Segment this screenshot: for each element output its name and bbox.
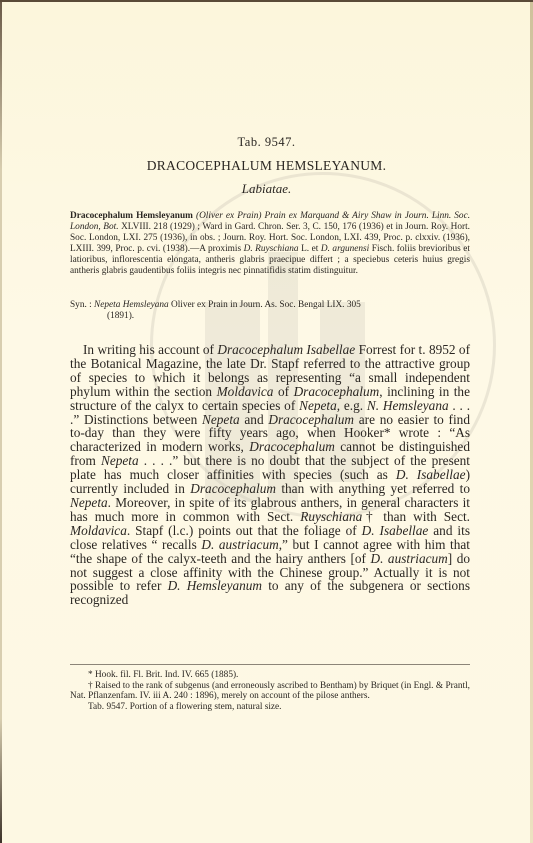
page-edge-left xyxy=(0,2,2,843)
italic-term: Nepeta xyxy=(70,495,108,510)
document-page: Tab. 9547. DRACOCEPHALUM HEMSLEYANUM. La… xyxy=(0,0,533,843)
synonym-label: Syn. : xyxy=(70,300,92,310)
family-name: Labiatae. xyxy=(0,181,533,197)
plate-caption: Tab. 9547. Portion of a flowering stem, … xyxy=(70,702,470,713)
footnote-2: † Raised to the rank of subgenus (and er… xyxy=(70,681,470,702)
italic-term: D. Isabellae xyxy=(362,523,429,538)
italic-term: Ruyschiana xyxy=(300,509,362,524)
footnote-1: * Hook. fil. Fl. Brit. Ind. IV. 665 (188… xyxy=(70,670,470,681)
italic-term: Dracocephalum xyxy=(268,412,354,427)
synonym-block: Syn. : Nepeta Hemsleyana Oliver ex Prain… xyxy=(70,300,470,322)
body-text-run: , e.g. xyxy=(337,398,367,413)
related-species-1: D. Ruyschiana xyxy=(244,244,299,254)
footnote-divider xyxy=(70,664,470,665)
synonym-citation: Oliver ex Prain in Journ. As. Soc. Benga… xyxy=(171,300,361,310)
synonym-name: Nepeta Hemsleyana xyxy=(94,300,169,310)
plate-number-value: 9547. xyxy=(265,135,296,149)
latin-diagnosis: Dracocephalum Hemsleyanum (Oliver ex Pra… xyxy=(70,211,470,277)
footnotes: * Hook. fil. Fl. Brit. Ind. IV. 665 (188… xyxy=(70,670,470,712)
species-name: Dracocephalum Hemsleyanum xyxy=(70,211,193,221)
body-paragraph: In writing his account of Dracocephalum … xyxy=(70,343,470,607)
italic-term: Dracocephalum xyxy=(294,384,380,399)
body-text-run: . Stapf (l.c.) points out that the folia… xyxy=(127,523,362,538)
body-text-run: In writing his account of xyxy=(83,342,217,357)
italic-term: D. Isabellae xyxy=(396,467,466,482)
italic-term: D. austriacum xyxy=(371,551,448,566)
connector-text: L. et xyxy=(301,244,318,254)
body-text-run: than with anything yet referred to xyxy=(276,481,470,496)
italic-term: Moldavica xyxy=(217,384,274,399)
italic-term: Nepeta xyxy=(299,398,337,413)
italic-term: D. Hemsleyanum xyxy=(168,578,262,593)
body-text-run: † than with Sect. xyxy=(362,509,470,524)
italic-term: N. Hemsleyana xyxy=(367,398,449,413)
synonym-year: (1891). xyxy=(70,311,470,322)
italic-term: Moldavica xyxy=(70,523,127,538)
plate-prefix: Tab. xyxy=(238,135,262,149)
italic-term: Nepeta xyxy=(202,412,240,427)
italic-term: Dracocephalum Isabellae xyxy=(217,342,355,357)
plate-number: Tab. 9547. xyxy=(0,135,533,150)
italic-term: Dracocephalum xyxy=(190,481,276,496)
body-text-run: and xyxy=(240,412,269,427)
italic-term: Dracocephalum xyxy=(249,439,335,454)
species-title: DRACOCEPHALUM HEMSLEYANUM. xyxy=(0,158,533,174)
italic-term: D. austriacum xyxy=(201,537,278,552)
italic-term: Nepeta xyxy=(101,453,139,468)
body-text-run: of xyxy=(273,384,293,399)
related-species-2: D. argunensi xyxy=(321,244,369,254)
